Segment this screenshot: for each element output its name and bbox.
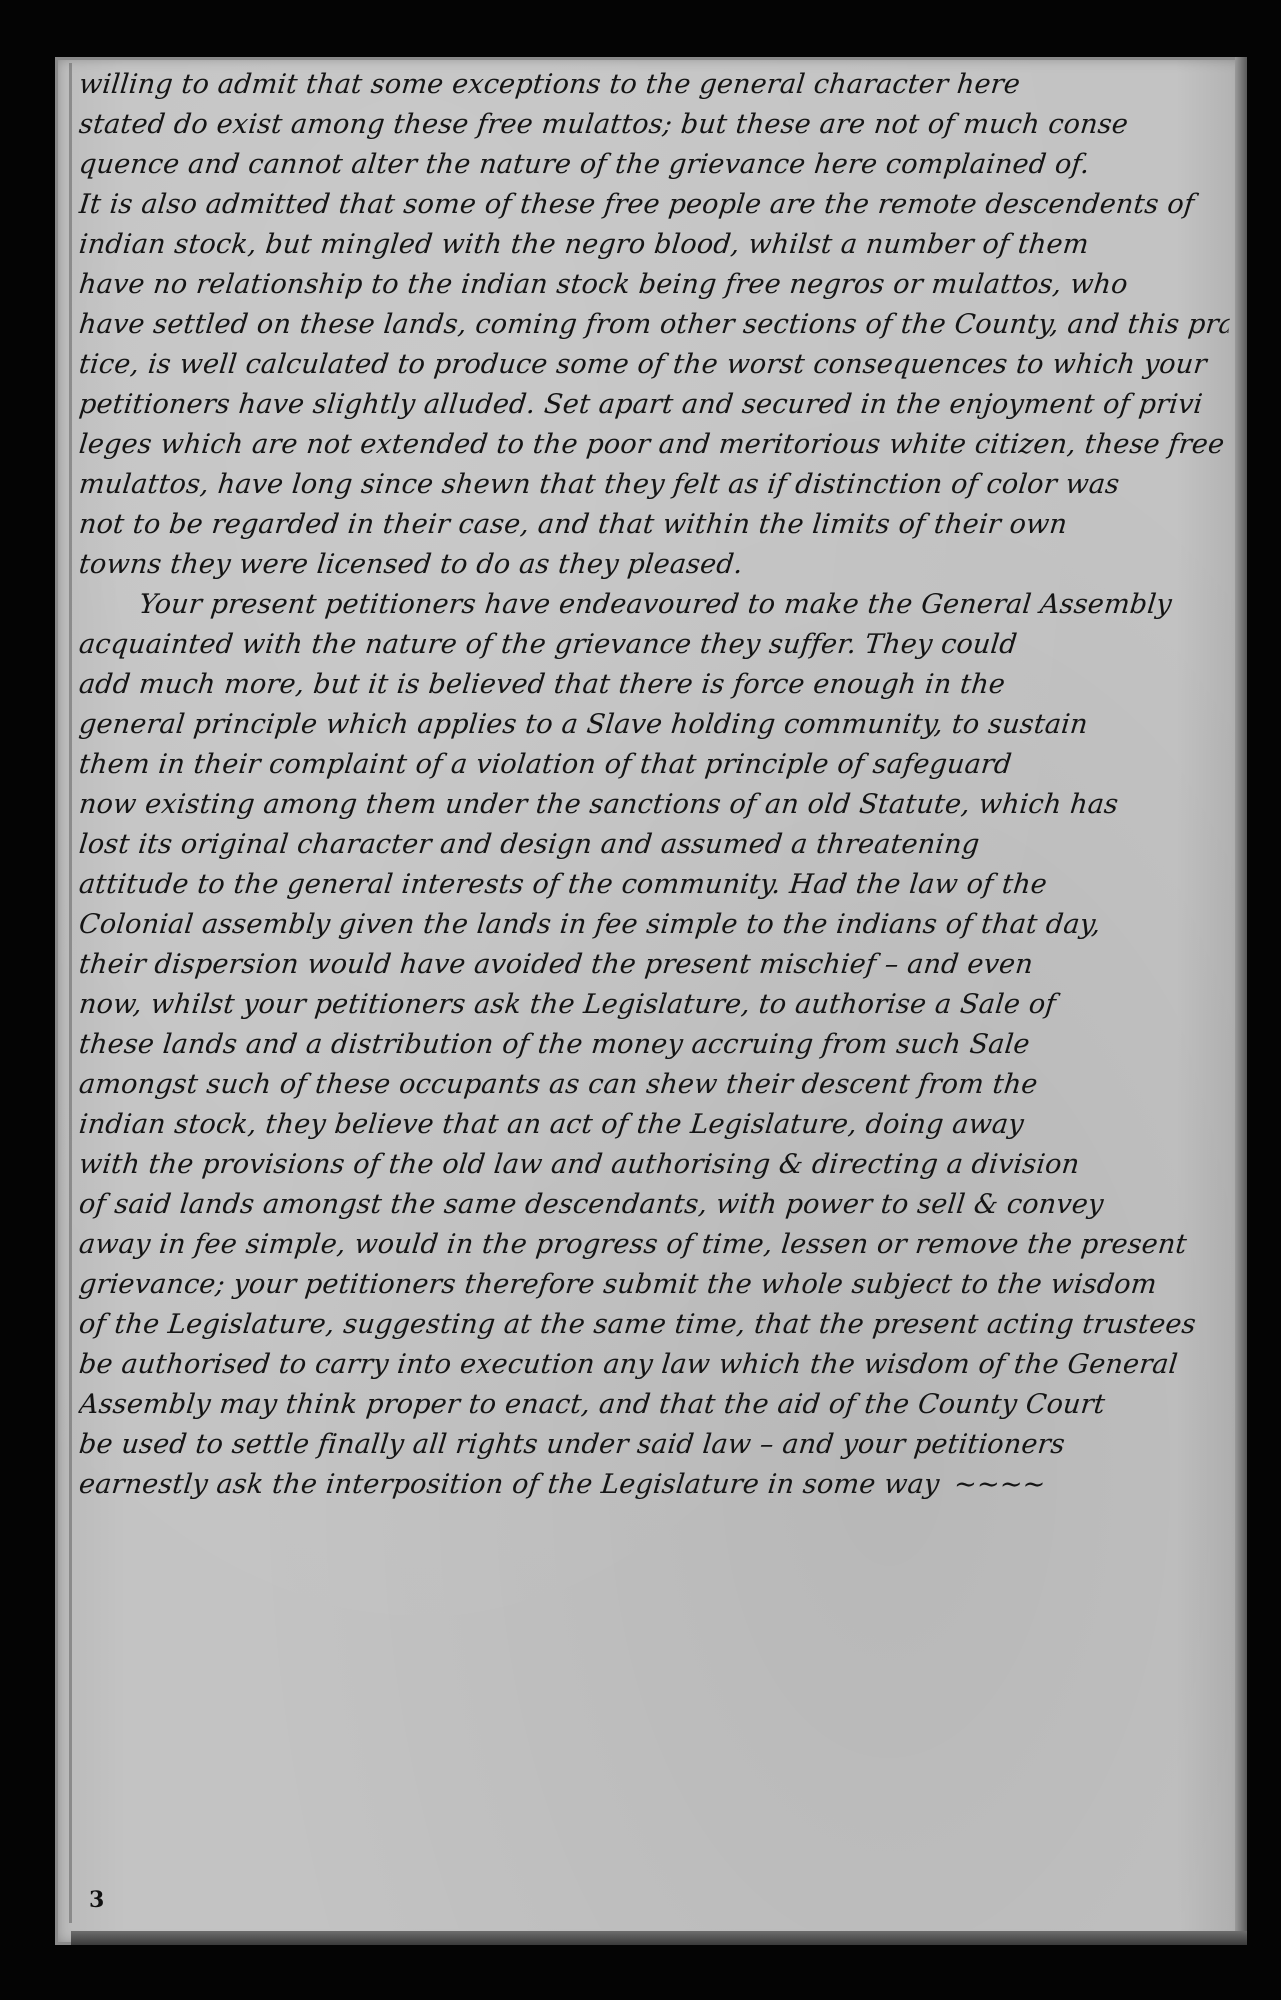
text-line: It is also admitted that some of these f… bbox=[77, 185, 1231, 225]
text-line: Assembly may think proper to enact, and … bbox=[77, 1385, 1231, 1425]
text-line: of said lands amongst the same descendan… bbox=[77, 1185, 1231, 1225]
text-line-paragraph-start: Your present petitioners have endeavoure… bbox=[77, 585, 1231, 625]
closing-flourish: ~~~~ bbox=[952, 1465, 1048, 1505]
text-line: have settled on these lands, coming from… bbox=[77, 305, 1231, 345]
text-line: leges which are not extended to the poor… bbox=[77, 425, 1231, 465]
text-line: stated do exist among these free mulatto… bbox=[77, 105, 1231, 145]
text-line: add much more, but it is believed that t… bbox=[77, 665, 1231, 705]
page-number: 3 bbox=[89, 1887, 104, 1913]
text-line: not to be regarded in their case, and th… bbox=[77, 505, 1231, 545]
last-line-text: earnestly ask the interposition of the L… bbox=[78, 1469, 941, 1500]
text-line: now, whilst your petitioners ask the Leg… bbox=[77, 985, 1231, 1025]
text-line: grievance; your petitioners therefore su… bbox=[77, 1265, 1231, 1305]
text-line: have no relationship to the indian stock… bbox=[77, 265, 1231, 305]
text-line: away in fee simple, would in the progres… bbox=[77, 1225, 1231, 1265]
text-line: their dispersion would have avoided the … bbox=[77, 945, 1231, 985]
page-left-margin-rule bbox=[69, 63, 72, 1923]
text-line: attitude to the general interests of the… bbox=[77, 865, 1231, 905]
text-line: indian stock, they believe that an act o… bbox=[77, 1105, 1231, 1145]
text-line: of the Legislature, suggesting at the sa… bbox=[77, 1305, 1231, 1345]
text-line: lost its original character and design a… bbox=[77, 825, 1231, 865]
text-line: towns they were licensed to do as they p… bbox=[77, 545, 1231, 585]
text-line-last: earnestly ask the interposition of the L… bbox=[77, 1465, 1231, 1505]
page-right-edge bbox=[1235, 57, 1247, 1945]
text-line: petitioners have slightly alluded. Set a… bbox=[77, 385, 1231, 425]
document-scan: willing to admit that some exceptions to… bbox=[0, 0, 1281, 2000]
manuscript-page: willing to admit that some exceptions to… bbox=[55, 57, 1247, 1945]
text-line: these lands and a distribution of the mo… bbox=[77, 1025, 1231, 1065]
text-line: willing to admit that some exceptions to… bbox=[77, 65, 1231, 105]
page-bottom-edge bbox=[71, 1931, 1247, 1945]
text-line: quence and cannot alter the nature of th… bbox=[77, 145, 1231, 185]
text-line: acquainted with the nature of the grieva… bbox=[77, 625, 1231, 665]
text-line: general principle which applies to a Sla… bbox=[77, 705, 1231, 745]
text-line: now existing among them under the sancti… bbox=[77, 785, 1231, 825]
text-line: amongst such of these occupants as can s… bbox=[77, 1065, 1231, 1105]
text-line: Colonial assembly given the lands in fee… bbox=[77, 905, 1231, 945]
handwritten-text-block: willing to admit that some exceptions to… bbox=[77, 65, 1227, 1505]
text-line: mulattos, have long since shewn that the… bbox=[77, 465, 1231, 505]
text-line: indian stock, but mingled with the negro… bbox=[77, 225, 1231, 265]
text-line: with the provisions of the old law and a… bbox=[77, 1145, 1231, 1185]
text-line: them in their complaint of a violation o… bbox=[77, 745, 1231, 785]
text-line: be used to settle finally all rights und… bbox=[77, 1425, 1231, 1465]
text-line: tice, is well calculated to produce some… bbox=[77, 345, 1231, 385]
text-line: be authorised to carry into execution an… bbox=[77, 1345, 1231, 1385]
